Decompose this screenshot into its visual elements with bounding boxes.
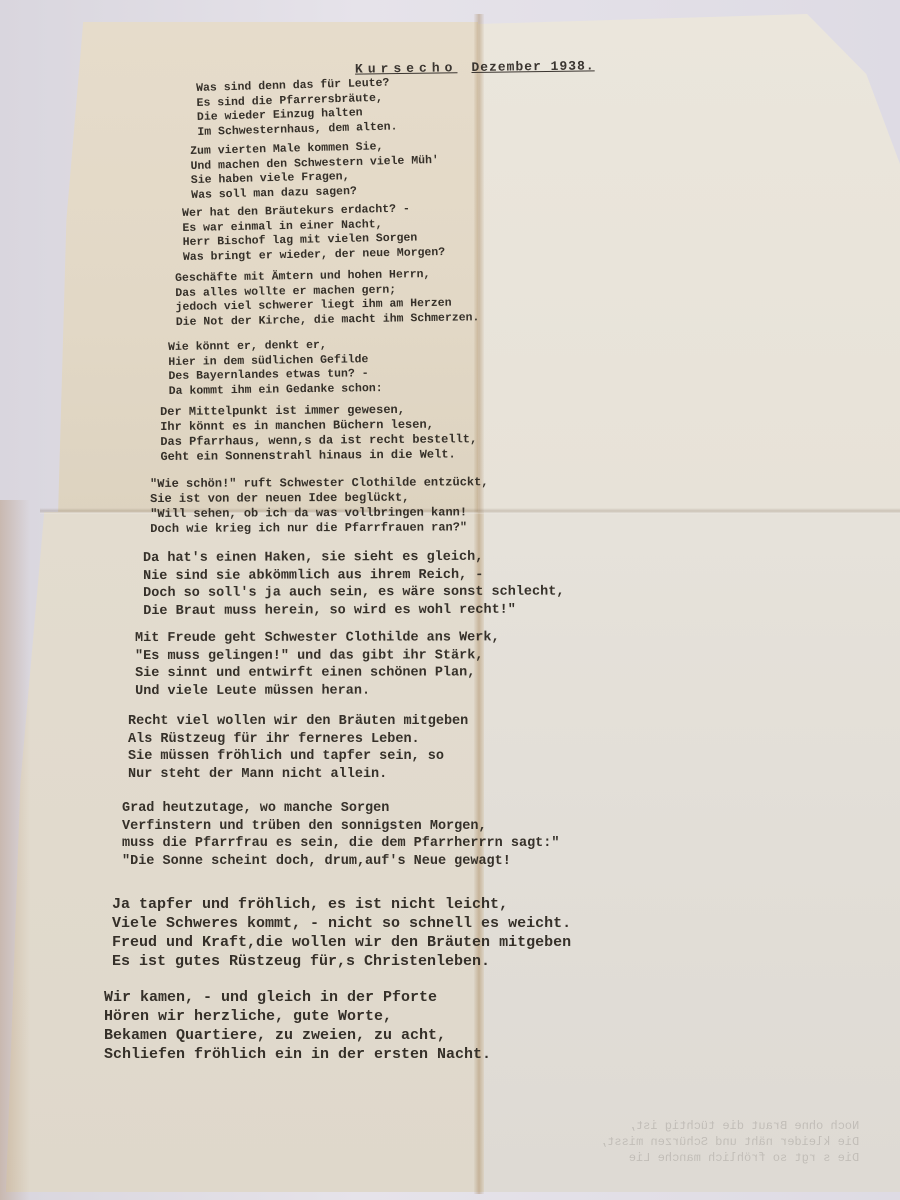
stanza: Grad heutzutage, wo manche SorgenVerfins… — [122, 800, 559, 870]
poem-line: Es ist gutes Rüstzeug für,s Christenlebe… — [112, 952, 571, 971]
stanza: Der Mittelpunkt ist immer gewesen,Ihr kö… — [160, 402, 477, 465]
heading-place: Kursecho — [355, 60, 458, 76]
poem-line: Doch wie krieg ich nur die Pfarrfrauen r… — [150, 520, 489, 537]
stanza: Was sind denn das für Leute?Es sind die … — [196, 76, 398, 140]
poem-line: Nur steht der Mann nicht allein. — [128, 766, 468, 784]
document-heading: KursechoDezember 1938. — [355, 58, 595, 76]
poem-line: Doch so soll's ja auch sein, es wäre son… — [143, 584, 564, 603]
poem-line: Nie sind sie abkömmlich aus ihrem Reich,… — [143, 566, 564, 585]
stanza: Ja tapfer und fröhlich, es ist nicht lei… — [112, 895, 571, 971]
poem-line: Da kommt ihm ein Gedanke schon: — [169, 382, 383, 399]
stanza: Da hat's einen Haken, sie sieht es gleic… — [143, 549, 565, 620]
poem-line: Schliefen fröhlich ein in der ersten Nac… — [104, 1045, 491, 1064]
poem-line: Verfinstern und trüben den sonnigsten Mo… — [122, 818, 559, 836]
poem-line: Da hat's einen Haken, sie sieht es gleic… — [143, 549, 564, 568]
poem-line: "Will sehen, ob ich da was vollbringen k… — [150, 505, 489, 522]
stanza: Recht viel wollen wir den Bräuten mitgeb… — [128, 713, 468, 783]
poem-line: Sie sinnt und entwirft einen schönen Pla… — [135, 664, 500, 682]
stanza: Zum vierten Male kommen Sie,Und machen d… — [190, 139, 440, 203]
poem-line: Recht viel wollen wir den Bräuten mitgeb… — [128, 713, 468, 731]
poem-line: Hören wir herzliche, gute Worte, — [104, 1007, 491, 1026]
poem-line: Geht ein Sonnenstrahl hinaus in die Welt… — [160, 447, 477, 465]
poem-line: Sie ist von der neuen Idee beglückt, — [150, 490, 489, 507]
poem-line: Sie müssen fröhlich und tapfer sein, so — [128, 748, 468, 766]
poem-line: Viele Schweres kommt, - nicht so schnell… — [112, 914, 571, 933]
stanza: Wer hat den Bräutekurs erdacht? -Es war … — [182, 202, 445, 265]
poem-line: "Die Sonne scheint doch, drum,auf's Neue… — [122, 853, 559, 871]
poem-line: Und viele Leute müssen heran. — [135, 682, 500, 700]
poem-line: "Wie schön!" ruft Schwester Clothilde en… — [150, 475, 489, 492]
stanza: Wie könnt er, denkt er,Hier in dem südli… — [168, 338, 383, 399]
poem-line: "Es muss gelingen!" und das gibt ihr Stä… — [135, 647, 500, 665]
poem-line: Wir kamen, - und gleich in der Pforte — [104, 988, 491, 1007]
stanza: "Wie schön!" ruft Schwester Clothilde en… — [150, 475, 489, 537]
poem-line: muss die Pfarrfrau es sein, die dem Pfar… — [122, 835, 559, 853]
poem-line: Freud und Kraft,die wollen wir den Bräut… — [112, 933, 571, 952]
stanza: Wir kamen, - und gleich in der PforteHör… — [104, 988, 491, 1064]
poem-line: Bekamen Quartiere, zu zweien, zu acht, — [104, 1026, 491, 1045]
typewritten-poem: KursechoDezember 1938. Was sind denn das… — [0, 0, 900, 1200]
poem-line: Die Braut muss herein, so wird es wohl r… — [143, 601, 564, 620]
stanza: Geschäfte mit Ämtern und hohen Herrn,Das… — [175, 267, 480, 330]
poem-line: Mit Freude geht Schwester Clothilde ans … — [135, 629, 500, 647]
heading-date: Dezember 1938. — [471, 58, 594, 75]
stanza: Mit Freude geht Schwester Clothilde ans … — [135, 629, 500, 700]
poem-line: Als Rüstzeug für ihr ferneres Leben. — [128, 731, 468, 749]
reverse-side-showthrough: Noch ohne Braut die tüchtig ist, Die kle… — [600, 1118, 859, 1166]
poem-line: Grad heutzutage, wo manche Sorgen — [122, 800, 559, 818]
poem-line: Ja tapfer und fröhlich, es ist nicht lei… — [112, 895, 571, 914]
